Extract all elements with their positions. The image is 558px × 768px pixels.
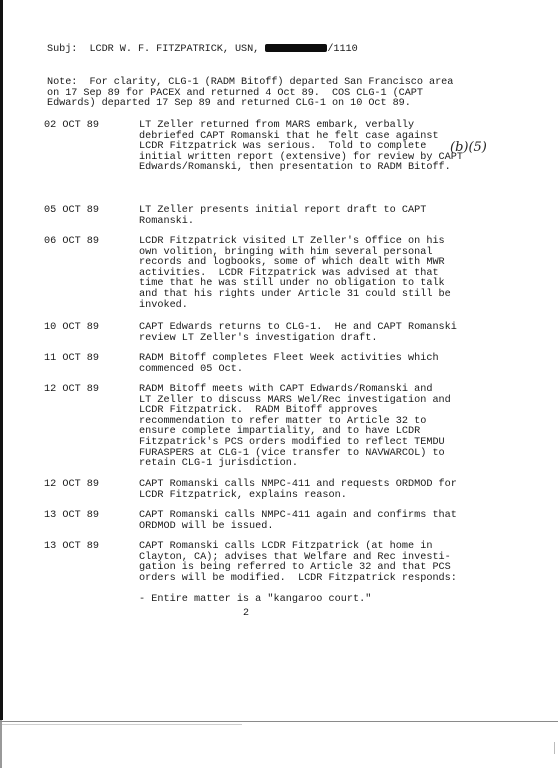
- entry-text-line: and that his rights under Article 31 cou…: [139, 290, 451, 301]
- entry-text-line: LCDR Fitzpatrick, explains reason.: [139, 491, 347, 502]
- entry-text-line: commenced 05 Oct.: [139, 365, 243, 376]
- entry-text-line: - Entire matter is a "kangaroo court.": [139, 595, 371, 606]
- subject-suffix: /1110: [327, 44, 357, 55]
- entry-date: 05 OCT 89: [44, 206, 99, 217]
- page-number: 2: [243, 608, 249, 619]
- entry-text-line: invoked.: [139, 301, 188, 312]
- entry-text-line: CAPT Edwards returns to CLG-1. He and CA…: [139, 323, 457, 334]
- entry-text-line: Romanski.: [139, 217, 194, 228]
- entry-date: 12 OCT 89: [44, 385, 99, 396]
- entry-date: 02 OCT 89: [44, 121, 99, 132]
- redaction-bar: [265, 44, 327, 52]
- entry-text-line: LCDR Fitzpatrick visited LT Zeller's Off…: [139, 237, 445, 248]
- entry-text-line: orders will be modified. LCDR Fitzpatric…: [139, 574, 457, 585]
- note-line: Edwards) departed 17 Sep 89 and returned…: [47, 99, 411, 110]
- note-line: Note: For clarity, CLG-1 (RADM Bitoff) d…: [47, 78, 453, 89]
- entry-date: 13 OCT 89: [44, 511, 99, 522]
- page-divider: [0, 721, 558, 722]
- entry-text-line: RADM Bitoff completes Fleet Week activit…: [139, 354, 439, 365]
- entry-text-line: ORDMOD will be issued.: [139, 522, 274, 533]
- entry-text-line: Fitzpatrick's PCS orders modified to ref…: [139, 438, 445, 449]
- page-divider-shadow: [2, 724, 242, 725]
- scan-mark: [554, 742, 555, 754]
- entry-text-line: LT Zeller returned from MARS embark, ver…: [139, 121, 414, 132]
- entry-date: 10 OCT 89: [44, 323, 99, 334]
- document-page: Subj: LCDR W. F. FITZPATRICK, USN, /1110…: [0, 0, 558, 768]
- entry-date: 06 OCT 89: [44, 237, 99, 248]
- entry-text-line: CAPT Romanski calls NMPC-411 again and c…: [139, 511, 457, 522]
- entry-text-line: CAPT Romanski calls LCDR Fitzpatrick (at…: [139, 542, 432, 553]
- entry-date: 11 OCT 89: [44, 354, 99, 365]
- subject-text: LCDR W. F. FITZPATRICK, USN,: [89, 44, 265, 55]
- entry-text-line: RADM Bitoff meets with CAPT Edwards/Roma…: [139, 385, 432, 396]
- entry-text-line: retain CLG-1 jurisdiction.: [139, 459, 298, 470]
- entry-text-line: Edwards/Romanski, then presentation to R…: [139, 163, 451, 174]
- subject-line: Subj: LCDR W. F. FITZPATRICK, USN, /1110: [47, 44, 358, 56]
- entry-date: 13 OCT 89: [44, 542, 99, 553]
- entry-text-line: CAPT Romanski calls NMPC-411 and request…: [139, 480, 457, 491]
- entry-date: 12 OCT 89: [44, 480, 99, 491]
- subject-label: Subj:: [47, 44, 77, 55]
- entry-text-line: review LT Zeller's investigation draft.: [139, 334, 377, 345]
- entry-text-line: LT Zeller presents initial report draft …: [139, 206, 426, 217]
